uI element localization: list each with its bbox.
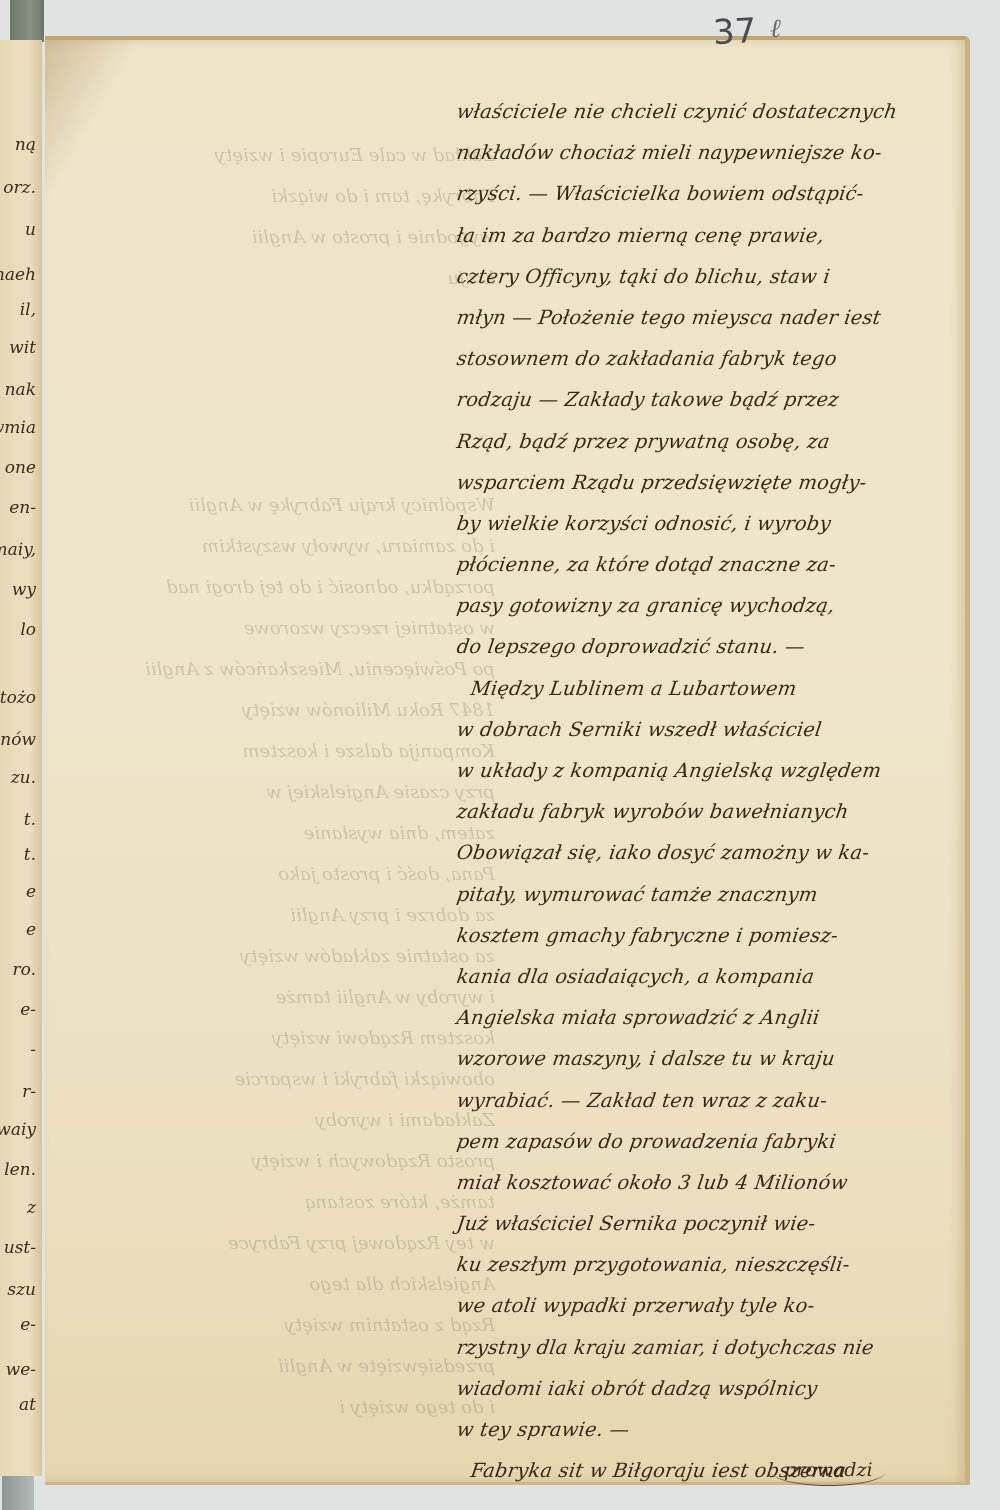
manuscript-line: nakładów chociaż mieli naypewniejsze ko- xyxy=(454,132,920,173)
binding-clip-bottom xyxy=(2,1476,34,1510)
facing-page-fragment-line: il, xyxy=(20,300,36,320)
bleed-through-line: Fabrykę, tam i do wiązki xyxy=(75,176,495,217)
facing-page-fragment-line: e xyxy=(26,882,36,902)
bleed-through-line: Zakładami i wyroby xyxy=(75,1100,495,1141)
facing-page-fragment-line: at xyxy=(19,1395,36,1415)
facing-page-fragment: nąorz.umaehil,wited nakwmiaoneen-maiy,wy… xyxy=(0,40,42,1476)
facing-page-fragment-line: one xyxy=(5,458,36,478)
facing-page-fragment-line: t. xyxy=(24,810,36,830)
manuscript-line: zakładu fabryk wyrobów bawełnianych xyxy=(454,791,920,832)
facing-page-fragment-line: ną xyxy=(15,135,36,155)
bleed-through-line: Zakład w cale Europie i wzięty xyxy=(75,135,495,176)
manuscript-line: właściciele nie chcieli czynić dostatecz… xyxy=(454,91,920,132)
facing-page-fragment-line: wy xyxy=(12,580,36,600)
bleed-through-line: w ostatniej rzeczy wzorowe xyxy=(75,608,495,649)
facing-page-fragment-line: e xyxy=(26,920,36,940)
bleed-through-line: kraju xyxy=(75,258,495,299)
facing-page-fragment-line: wmia xyxy=(0,418,36,438)
facing-page-fragment-line: maiy, xyxy=(0,540,36,560)
manuscript-line: rodzaju — Zakłady takowe bądź przez xyxy=(454,379,920,420)
facing-page-fragment-line: maeh xyxy=(0,265,36,285)
folio-mark: ℓ xyxy=(770,14,781,44)
bleed-through-line: za dobrze i przy Anglii xyxy=(75,895,495,936)
facing-page-fragment-line: len. xyxy=(4,1160,36,1180)
manuscript-line: by wielkie korzyści odnosić, i wyroby xyxy=(454,503,920,544)
manuscript-line: w układy z kompanią Angielską względem xyxy=(454,750,920,791)
facing-page-fragment-line: r- xyxy=(22,1082,36,1102)
bleed-through-line: 1847 Roku Milionów wzięty xyxy=(75,690,495,731)
manuscript-line: pasy gotowizny za granicę wychodzą, xyxy=(454,585,920,626)
bleed-through-line: przedsięwzięte w Anglii xyxy=(75,1346,495,1387)
manuscript-line: w dobrach Serniki wszedł właściciel xyxy=(454,709,920,750)
manuscript-line: wyrabiać. — Zakład ten wraz z zaku- xyxy=(454,1080,920,1121)
bleed-through-line: Angielskich dla tego xyxy=(75,1264,495,1305)
facing-page-fragment-line: nów xyxy=(0,730,36,750)
manuscript-line: Obowiązał się, iako dosyć zamożny w ka- xyxy=(454,832,920,873)
catchword: prowadzi xyxy=(770,1455,887,1486)
facing-page-fragment-line: zu. xyxy=(11,768,36,788)
folio-number: 37 xyxy=(712,11,757,53)
manuscript-line: młyn — Położenie tego mieysca nader iest xyxy=(454,297,920,338)
manuscript-line: kosztem gmachy fabryczne i pomiesz- xyxy=(454,915,920,956)
bleed-through-line: Pana, dość i prosto jako xyxy=(75,854,495,895)
facing-page-fragment-line: waiy xyxy=(0,1120,36,1140)
facing-page-fragment-line: ust- xyxy=(4,1238,36,1258)
manuscript-line: stosownem do zakładania fabryk tego xyxy=(454,338,920,379)
bleed-through-line: zatem, dnia wysłanie xyxy=(75,813,495,854)
bleed-through-line: Kompanija dalsze i kosztem xyxy=(75,731,495,772)
manuscript-line: cztery Officyny, tąki do blichu, staw i xyxy=(454,256,920,297)
facing-page-fragment-line: orz. xyxy=(3,178,36,198)
facing-page-fragment-line: t. xyxy=(24,845,36,865)
manuscript-line: ku zeszłym przygotowania, nieszczęśli- xyxy=(454,1244,920,1285)
bleed-through-line: i do tego wzięty i xyxy=(75,1387,495,1428)
bleed-through-line: wygodnie i prosto w Anglii xyxy=(75,217,495,258)
manuscript-line: wiadomi iaki obrót dadzą wspólnicy xyxy=(454,1368,920,1409)
facing-page-fragment-line: we- xyxy=(6,1360,36,1380)
manuscript-line: Rząd, bądź przez prywatną osobę, za xyxy=(454,421,920,462)
bleed-through-line: po Poświęceniu, Mieszkańców z Anglii xyxy=(75,649,495,690)
facing-page-fragment-line: e- xyxy=(20,1000,36,1020)
facing-page-text: nąorz.umaehil,wited nakwmiaoneen-maiy,wy… xyxy=(0,40,42,1476)
bleed-through-line: tamże, które zostaną xyxy=(75,1182,495,1223)
bleed-through-line: obowiązki fabryki i wsparcie xyxy=(75,1059,495,1100)
bleed-through-line: w tey Rządowej przy Fabryce xyxy=(75,1223,495,1264)
manuscript-line: pitały, wymurować tamże znacznym xyxy=(454,874,920,915)
manuscript-line: miał kosztować około 3 lub 4 Milionów xyxy=(454,1162,920,1203)
manuscript-line: ła im za bardzo mierną cenę prawie, xyxy=(454,215,920,256)
manuscript-line: pem zapasów do prowadzenia fabryki xyxy=(454,1121,920,1162)
bleed-through-line: przy czasie Angielskiej w xyxy=(75,772,495,813)
facing-page-fragment-line: en- xyxy=(9,498,36,518)
manuscript-line: w tey sprawie. — xyxy=(454,1409,920,1450)
bleed-through-line: i wyroby w Anglii tamże xyxy=(75,977,495,1018)
facing-page-fragment-line: e- xyxy=(20,1315,36,1335)
bleed-through-line: porządku, odnosić i do tej drogi nad xyxy=(75,567,495,608)
facing-page-fragment-line: szu xyxy=(7,1280,36,1300)
manuscript-line: rzystny dla kraju zamiar, i dotychczas n… xyxy=(454,1327,920,1368)
facing-page-fragment-line: z xyxy=(27,1198,36,1218)
bleed-through-line: i do zamiaru, wywoły wszystkim xyxy=(75,526,495,567)
facing-page-fragment-line: lo xyxy=(20,620,36,640)
bleed-through-text-main: Wspólnicy kraju Fabrykę w Angliii do zam… xyxy=(75,485,495,1428)
manuscript-line: płócienne, za które dotąd znaczne za- xyxy=(454,544,920,585)
facing-page-fragment-line: wit xyxy=(9,338,36,358)
facing-page-fragment-line: u xyxy=(25,220,36,240)
facing-page-fragment-line: ed nak xyxy=(0,380,36,400)
handwritten-text-body: właściciele nie chcieli czynić dostatecz… xyxy=(454,91,914,1491)
bleed-through-line: Rząd z ostatnim wzięty xyxy=(75,1305,495,1346)
bleed-through-line: Wspólnicy kraju Fabrykę w Anglii xyxy=(75,485,495,526)
manuscript-line: Między Lublinem a Lubartowem xyxy=(454,668,920,709)
manuscript-line: we atoli wypadki przerwały tyle ko- xyxy=(454,1285,920,1326)
manuscript-line: rzyści. — Właścicielka bowiem odstąpić- xyxy=(454,173,920,214)
manuscript-line: wzorowe maszyny, i dalsze tu w kraju xyxy=(454,1038,920,1079)
manuscript-line: Angielska miała sprowadzić z Anglii xyxy=(454,997,920,1038)
facing-page-fragment-line: - xyxy=(30,1040,36,1060)
manuscript-line: do lepszego doprowadzić stanu. — xyxy=(454,626,920,667)
manuscript-line: kania dla osiadaiących, a kompania xyxy=(454,956,920,997)
facing-page-fragment-line: tożo xyxy=(0,688,36,708)
bleed-through-line: prosto Rządowych i wzięty xyxy=(75,1141,495,1182)
bleed-through-line: za ostatnie zakładów wzięty xyxy=(75,936,495,977)
facing-page-fragment-line: ro. xyxy=(13,960,36,980)
manuscript-line: wsparciem Rządu przedsięwzięte mogły- xyxy=(454,462,920,503)
bleed-through-line: kosztem Rządowi wzięty xyxy=(75,1018,495,1059)
binding-clip xyxy=(10,0,44,42)
bleed-through-text-top: Zakład w cale Europie i wziętyFabrykę, t… xyxy=(75,135,495,299)
manuscript-line: Już właściciel Sernika poczynił wie- xyxy=(454,1203,920,1244)
